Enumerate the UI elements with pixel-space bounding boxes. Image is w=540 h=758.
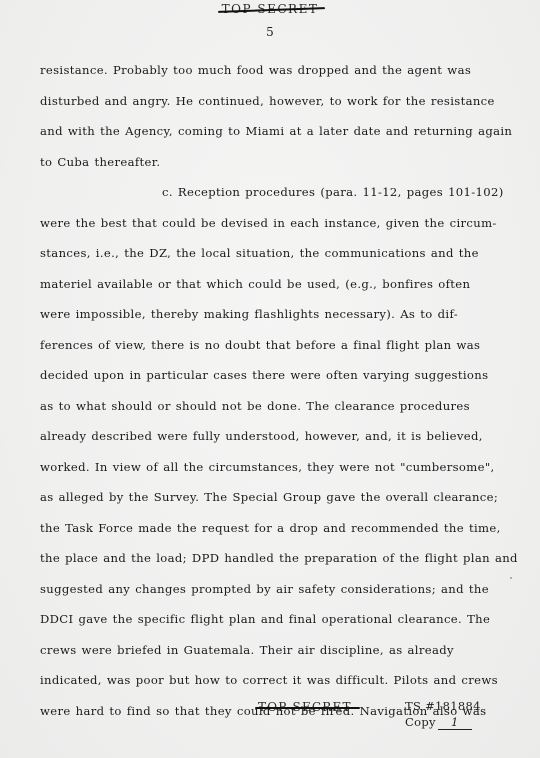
text-line: disturbed and angry. He continued, howev… [40, 86, 510, 117]
text-line: stances, i.e., the DZ, the local situati… [40, 238, 510, 269]
document-page: TOP SECRET 5 resistance. Probably too mu… [0, 0, 540, 758]
text-line: materiel available or that which could b… [40, 269, 510, 300]
scan-speck [510, 577, 512, 579]
text-line: resistance. Probably too much food was d… [40, 55, 510, 86]
text-line: were the best that could be devised in e… [40, 208, 510, 239]
text-line: ferences of view, there is no doubt that… [40, 330, 510, 361]
text-line: as alleged by the Survey. The Special Gr… [40, 482, 510, 513]
text-line: suggested any changes prompted by air sa… [40, 574, 510, 605]
header-classification-marking: TOP SECRET [0, 2, 540, 16]
text-line: decided upon in particular cases there w… [40, 360, 510, 391]
text-line: to Cuba thereafter. [40, 147, 510, 178]
text-line: indicated, was poor but how to correct i… [40, 665, 510, 696]
text-line: the place and the load; DPD handled the … [40, 543, 510, 574]
text-line: as to what should or should not be done.… [40, 391, 510, 422]
copy-label: Copy [405, 715, 436, 729]
ts-control-number: TS #181884 [405, 699, 481, 713]
page-number: 5 [0, 25, 540, 39]
text-line: c. Reception procedures (para. 11-12, pa… [40, 177, 510, 208]
copy-value: 1 [438, 715, 472, 730]
text-line: and with the Agency, coming to Miami at … [40, 116, 510, 147]
strikethrough-mark [255, 707, 360, 709]
text-line: crews were briefed in Guatemala. Their a… [40, 635, 510, 666]
footer-classification-marking: TOP SECRET [258, 700, 352, 714]
document-body: resistance. Probably too much food was d… [40, 55, 510, 726]
text-line: were impossible, thereby making flashlig… [40, 299, 510, 330]
text-line: the Task Force made the request for a dr… [40, 513, 510, 544]
text-line: DDCI gave the specific flight plan and f… [40, 604, 510, 635]
text-line: worked. In view of all the circumstances… [40, 452, 510, 483]
copy-number-line: Copy1 [405, 715, 472, 730]
text-line: already described were fully understood,… [40, 421, 510, 452]
